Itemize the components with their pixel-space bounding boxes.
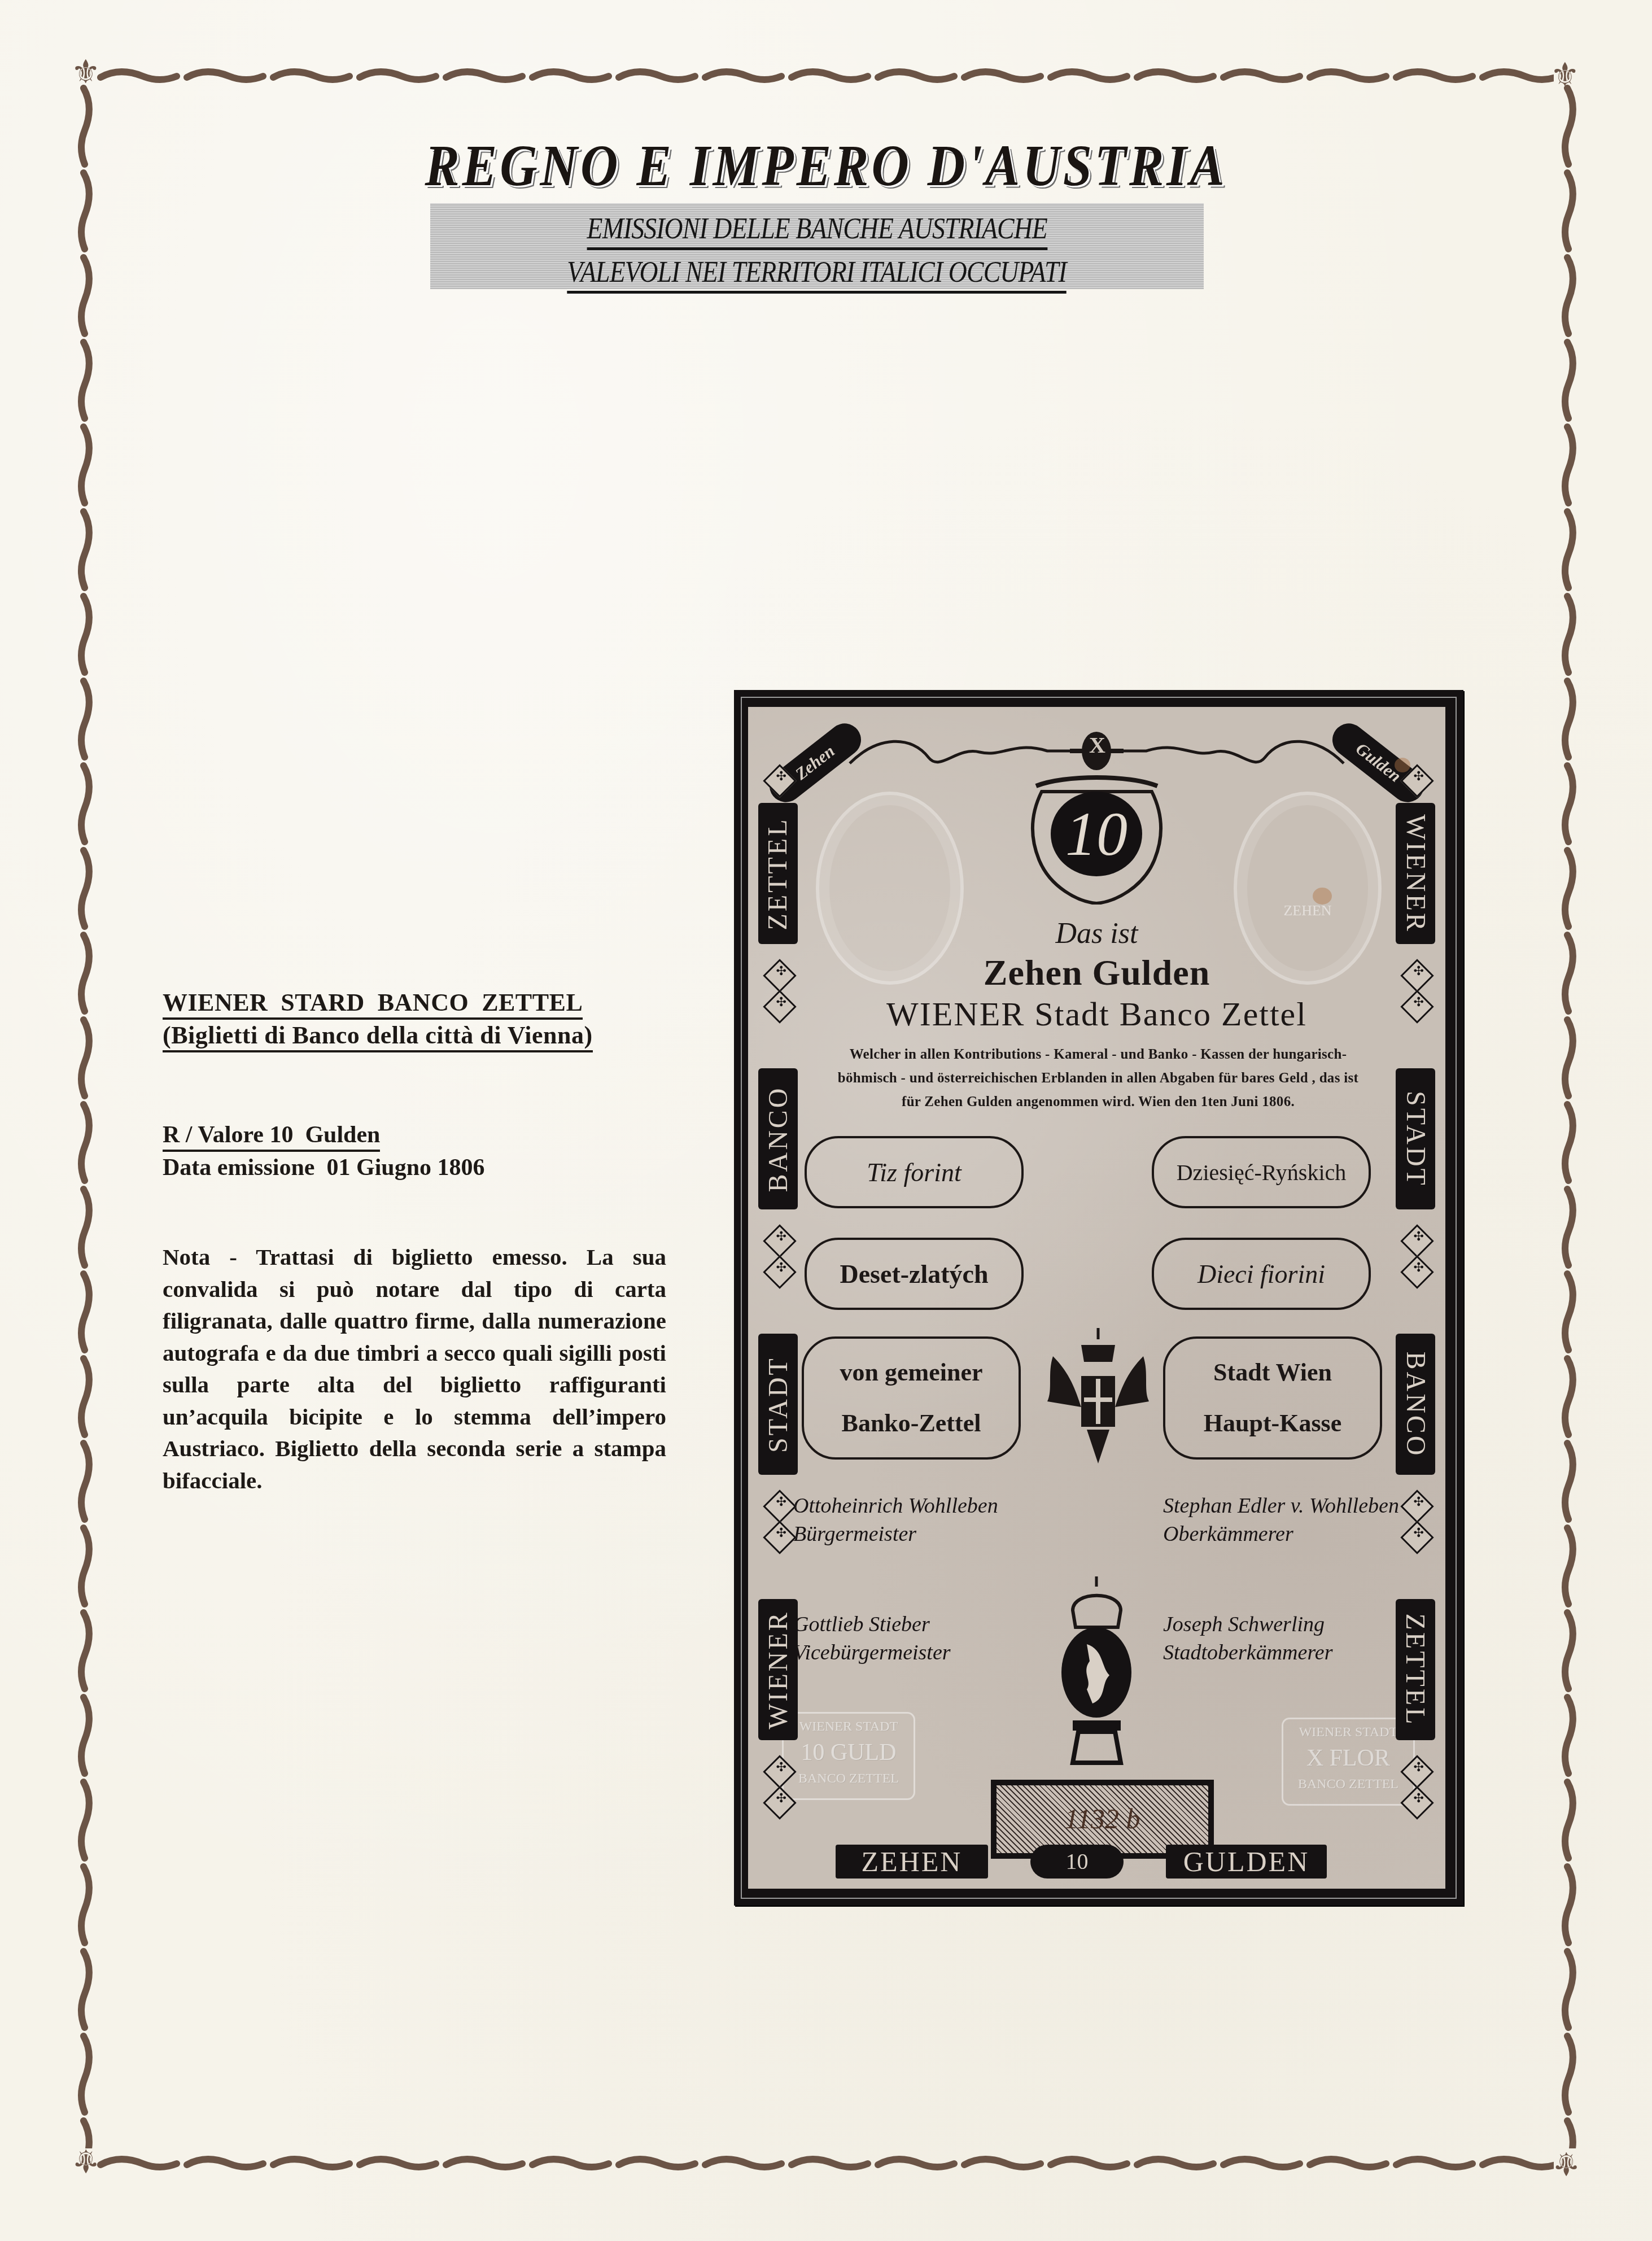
issuer-right-cartouche: Stadt Wien Haupt-Kasse <box>1163 1336 1382 1460</box>
page-border-top <box>97 65 1554 88</box>
emboss-line: WIENER STADT <box>784 1714 914 1740</box>
top-emblem: X <box>1089 732 1104 758</box>
legal-text-line: Welcher in allen Kontributions - Kameral… <box>816 1043 1380 1067</box>
issuer-left-cartouche: von gemeiner Banko-Zettel <box>802 1336 1021 1460</box>
side-band-word-text: WIENER <box>763 1610 794 1729</box>
signature-bottom-left: Gottlieb Stieber Vicebürgermeister <box>793 1610 951 1667</box>
diamond-ornament-icon <box>763 1786 796 1819</box>
page-border-right <box>1556 85 1579 2148</box>
value-italian: Dieci fiorini <box>1152 1238 1371 1310</box>
denomination-numeral: 10 <box>1051 792 1142 876</box>
signature-top-left: Ottoheinrich Wohlleben Bürgermeister <box>793 1492 998 1548</box>
diamond-ornament-icon <box>1400 1755 1434 1788</box>
bottom-numeral: 10 <box>1030 1845 1124 1879</box>
emboss-value: X FLOR <box>1283 1745 1413 1771</box>
diamond-ornament-icon <box>1400 1489 1434 1523</box>
foxing-spot <box>1395 758 1410 772</box>
side-band-word-text: WIENER <box>1400 814 1431 933</box>
diamond-ornament-icon <box>763 959 796 992</box>
fleur-de-lis-icon: ⚜ <box>1547 56 1583 93</box>
side-band-word: ZETTEL <box>758 803 798 944</box>
signature-title: Oberkämmerer <box>1163 1520 1399 1548</box>
banknote-image: X Zehen Gulden ZEHEN 10 Das ist Zehen Gu… <box>748 707 1445 1889</box>
side-band-word: ZETTEL <box>1396 1599 1435 1740</box>
page-border-left <box>72 85 95 2148</box>
issuer-left-line: von gemeiner <box>840 1347 983 1398</box>
value-polish: Dziesięć-Ryńskich <box>1152 1136 1371 1208</box>
signature-name: Joseph Schwerling <box>1163 1610 1332 1639</box>
value-in-words: Zehen Gulden <box>748 952 1445 994</box>
side-band-word: STADT <box>758 1334 798 1475</box>
diamond-ornament-icon <box>1400 1521 1434 1554</box>
emboss-line: BANCO ZETTEL <box>784 1766 914 1792</box>
bottom-word-gulden: GULDEN <box>1166 1845 1327 1879</box>
issuer-left-line: Banko-Zettel <box>842 1398 981 1449</box>
page-title: REGNO E IMPERO D'AUSTRIA <box>0 132 1652 199</box>
diamond-ornament-icon <box>1400 990 1434 1023</box>
embossed-stamp-right: WIENER STADT X FLOR BANCO ZETTEL <box>1282 1718 1415 1806</box>
signature-name: Gottlieb Stieber <box>793 1610 951 1639</box>
subtitle-line-1: EMISSIONI DELLE BANCHE AUSTRIACHE <box>587 211 1047 250</box>
side-band-word-text: STADT <box>1400 1091 1431 1187</box>
diamond-ornament-icon <box>1400 1255 1434 1288</box>
value-hungarian: Tiz forint <box>805 1136 1024 1208</box>
bottom-word-zehen: ZEHEN <box>836 1845 988 1879</box>
emboss-line: WIENER STADT <box>1283 1719 1413 1745</box>
value-block: R / Valore 10 Gulden Data emissione 01 G… <box>163 1119 485 1183</box>
description-note: Nota - Trattasi di biglietto emesso. La … <box>163 1241 666 1496</box>
side-band-word-text: STADT <box>763 1356 794 1453</box>
issuer-right-line: Haupt-Kasse <box>1204 1398 1341 1449</box>
page-border-bottom <box>97 2152 1554 2175</box>
side-band-left: ZETTELBANCOSTADTWIENER <box>758 769 798 1847</box>
diamond-ornament-icon <box>1400 1224 1434 1257</box>
diamond-ornament-icon <box>763 1224 796 1257</box>
signature-title: Stadtoberkämmerer <box>1163 1639 1332 1667</box>
fleur-de-lis-icon: ⚜ <box>68 54 104 90</box>
side-band-word: STADT <box>1396 1068 1435 1209</box>
subtitle-banner: EMISSIONI DELLE BANCHE AUSTRIACHE VALEVO… <box>430 203 1204 289</box>
signature-top-right: Stephan Edler v. Wohlleben Oberkämmerer <box>1163 1492 1399 1548</box>
value-czech: Deset-zlatých <box>805 1238 1024 1310</box>
crowned-lion-emblem-icon <box>1047 1576 1146 1774</box>
diamond-ornament-icon <box>1400 959 1434 992</box>
banknote-heading: WIENER STARD BANCO ZETTEL (Biglietti di … <box>163 987 593 1052</box>
side-band-word-text: ZETTEL <box>763 817 794 930</box>
signature-name: Ottoheinrich Wohlleben <box>793 1492 998 1520</box>
issuer-heading: WIENER Stadt Banco Zettel <box>748 995 1445 1034</box>
side-band-word-text: BANCO <box>1400 1351 1431 1457</box>
diamond-ornament-icon <box>1400 1786 1434 1819</box>
banknote-title: WIENER STARD BANCO ZETTEL <box>163 988 583 1020</box>
side-band-word: WIENER <box>758 1599 798 1740</box>
double-headed-eagle-icon <box>1042 1322 1155 1469</box>
signature-bottom-right: Joseph Schwerling Stadtoberkämmerer <box>1163 1610 1332 1667</box>
embossed-stamp-left: WIENER STADT 10 GULD BANCO ZETTEL <box>782 1712 915 1800</box>
legal-text-line: böhmisch - und österreichischen Erblande… <box>816 1067 1380 1090</box>
side-band-word-text: BANCO <box>763 1086 794 1192</box>
foxing-spot <box>1313 888 1332 905</box>
diamond-ornament-icon <box>763 990 796 1023</box>
diamond-ornament-icon <box>763 1489 796 1523</box>
diamond-ornament-icon <box>763 1521 796 1554</box>
legal-text: Welcher in allen Kontributions - Kameral… <box>816 1043 1380 1114</box>
side-band-word: BANCO <box>1396 1334 1435 1475</box>
face-value: R / Valore 10 Gulden <box>163 1120 380 1152</box>
side-band-word: BANCO <box>758 1068 798 1209</box>
signature-title: Vicebürgermeister <box>793 1639 951 1667</box>
diamond-ornament-icon <box>763 1255 796 1288</box>
side-band-word: WIENER <box>1396 803 1435 944</box>
legal-text-line: für Zehen Gulden angenommen wird. Wien d… <box>816 1090 1380 1114</box>
diamond-ornament-icon <box>763 764 796 797</box>
issue-date: Data emissione 01 Giugno 1806 <box>163 1155 485 1181</box>
signature-name: Stephan Edler v. Wohlleben <box>1163 1492 1399 1520</box>
side-band-word-text: ZETTEL <box>1400 1613 1431 1726</box>
emboss-value: 10 GULD <box>784 1740 914 1766</box>
emboss-line: BANCO ZETTEL <box>1283 1771 1413 1797</box>
serial-number: 1132 b <box>997 1802 1208 1835</box>
side-band-right: WIENERSTADTBANCOZETTEL <box>1396 769 1435 1847</box>
signature-title: Bürgermeister <box>793 1520 998 1548</box>
das-ist-text: Das ist <box>748 917 1445 950</box>
issuer-right-line: Stadt Wien <box>1213 1347 1332 1398</box>
fleur-de-lis-icon: ⚜ <box>1548 2146 1584 2182</box>
diamond-ornament-icon <box>763 1755 796 1788</box>
subtitle-line-2: VALEVOLI NEI TERRITORI ITALICI OCCUPATI <box>567 255 1067 294</box>
fleur-de-lis-icon: ⚜ <box>68 2143 104 2179</box>
banknote-translation: (Biglietti di Banco della città di Vienn… <box>163 1021 593 1052</box>
bottom-value-bar: ZEHEN 10 GULDEN <box>782 1845 1411 1879</box>
